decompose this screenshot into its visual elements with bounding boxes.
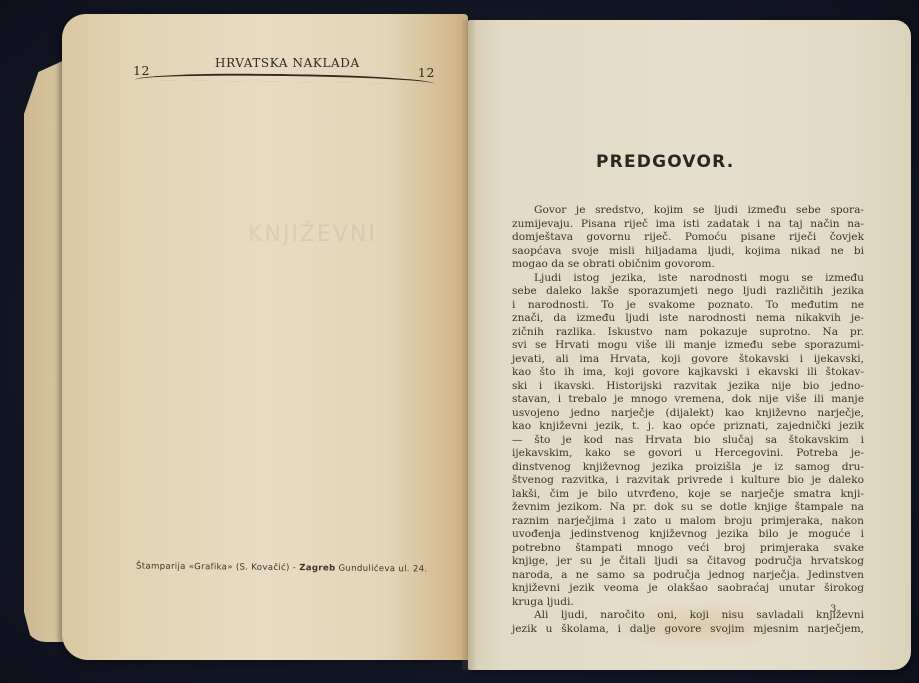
text-line: ski i ikavski. Historijski razvitak jezi… [512,380,864,394]
text-line: stavan, i trebalo je mnogo vremena, dok … [512,393,864,407]
page-number: 3 [830,604,836,615]
text-line: dinstvenog književnog jezika proizišla j… [512,461,864,475]
text-line: uvođenja jedinstvenog književnog jezika … [512,528,864,542]
text-line: ijekavskim, kako se govori u Hercegovini… [512,447,864,461]
header-page-number-left: 12 [133,63,150,78]
body-text: Govor je sredstvo, kojim se ljudi između… [512,204,864,636]
book-gutter [462,20,476,670]
text-line: i narodnosti. To je svakome poznato. To … [512,299,864,313]
text-line: znači, da između ljudi iste narodnosti n… [512,312,864,326]
text-line: domještava govornu riječ. Pomoću pisane … [512,231,864,245]
text-line: Govor je sredstvo, kojim se ljudi između… [512,204,864,218]
text-line: jezik u školama, i dalje govore svojim m… [512,623,864,637]
text-line: književni jezik veoma je olakšao saobrać… [512,582,864,596]
header-page-number-right: 12 [418,65,435,80]
text-line: kao što ih ima, koji govore kajkavski i … [512,366,864,380]
text-line: knjige, jer su je čitali ljudi sa čitavo… [512,555,864,569]
text-line: sebe daleko lakše sporazumjeti nego ljud… [512,285,864,299]
text-line: potrebno štampati mnogo veći broj primje… [512,542,864,556]
text-line: kruga ljudi. [512,596,864,610]
printer-address: Gundulićeva ul. 24. [338,564,427,575]
text-line: naroda, a ne samo sa područja jednog nar… [512,569,864,583]
text-line: saopćava svoje misli hiljadama ljudi, ko… [512,245,864,259]
header-title: HRVATSKA NAKLADA [215,56,360,70]
text-line: lakši, čim je bilo utvrđeno, koje se nar… [512,488,864,502]
text-line: Ali ljudi, naročito oni, koji nisu savla… [512,609,864,623]
text-line: usvojeno jedno narječje (dijalekt) kao k… [512,407,864,421]
printer-name: Štamparija «Grafika» (S. Kovačić) - [136,561,296,573]
text-line: kao književni jezik, t. j. kao opće priz… [512,420,864,434]
text-line: — što je kod nas Hrvata bio slučaj sa št… [512,434,864,448]
text-line: zičnih razlika. Iskustvo nam pokazuje su… [512,326,864,340]
text-line: jevati, ali ima Hrvata, koji govore štok… [512,353,864,367]
printer-city: Zagreb [299,563,335,573]
text-line: Ljudi istog jezika, iste narodnosti mogu… [512,272,864,286]
chapter-title: PREDGOVOR. [596,152,734,172]
text-line: zumijevaju. Pisana riječ ima isti zadata… [512,218,864,232]
text-line: ževnim jezikom. Na pr. dok su se dotle k… [512,501,864,515]
text-line: mogao da se obrati običnim govorom. [512,258,864,272]
text-line: štvenog razvitka, i razvitak privrede i … [512,474,864,488]
text-line: raznim narječjima i zato u malom broju p… [512,515,864,529]
text-line: svi se Hrvati mogu više ili manje između… [512,339,864,353]
bleed-through-text: KNJIŽEVNI [248,222,377,247]
